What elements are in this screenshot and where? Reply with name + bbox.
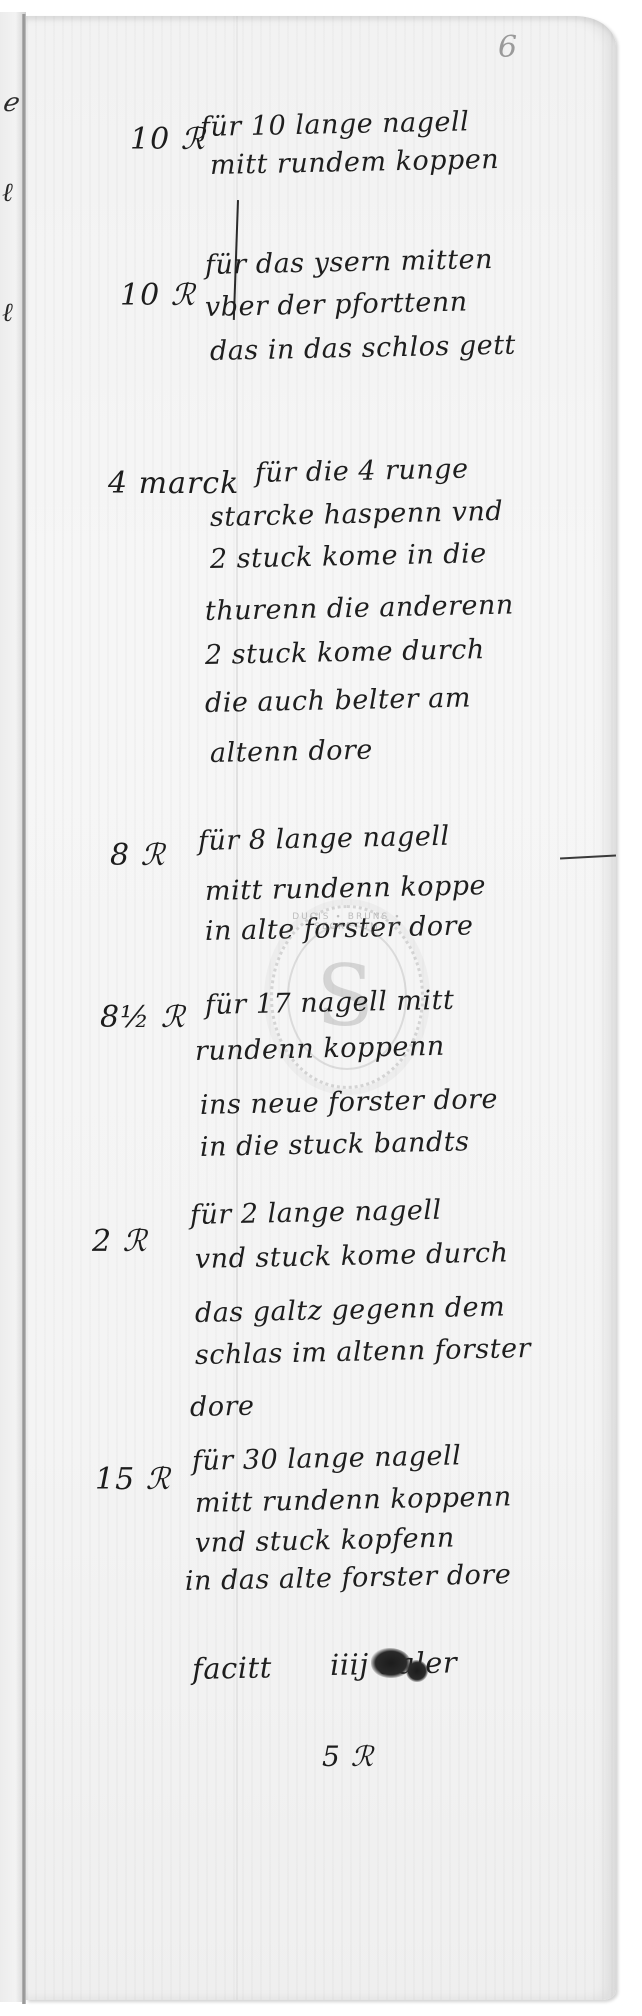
entry-line: für 2 lange nagell: [190, 1195, 442, 1231]
entry-line: mitt rundenn koppenn: [195, 1481, 512, 1519]
margin-fragment: ℯ: [2, 88, 17, 118]
entry-line: für 17 nagell mitt: [205, 985, 455, 1021]
margin-fragment: ℓ: [2, 298, 13, 328]
entry-line: 2 stuck kome durch: [205, 634, 485, 671]
page-number: 6: [498, 30, 517, 65]
seal-inscription: DUCIS ∙ BRUNS ∙ SECRETUM: [273, 912, 421, 932]
ink-blot: [406, 1660, 428, 1682]
entry-amount: 8 ℛ: [110, 838, 166, 873]
entry-line: dore: [190, 1391, 255, 1423]
entry-line: für die 4 runge: [255, 454, 469, 489]
entry-amount: 10 ℛ: [120, 278, 196, 313]
entry-line: mitt rundem koppen: [210, 144, 500, 181]
entry-amount: 8½ ℛ: [100, 1000, 186, 1035]
entry-line: starcke haspenn vnd: [210, 496, 504, 533]
entry-line: mitt rundenn koppe: [205, 870, 487, 907]
entry-amount: 2 ℛ: [92, 1224, 148, 1259]
entry-amount: 10 ℛ: [130, 122, 206, 157]
entry-line: für 8 lange nagell: [198, 821, 450, 857]
entry-line: das galtz gegenn dem: [195, 1292, 506, 1329]
margin-fragment: ℓ: [2, 178, 13, 208]
ink-blot: [371, 1648, 411, 1678]
entry-line: ins neue forster dore: [200, 1084, 499, 1121]
entry-line: vber der pforttenn: [205, 287, 468, 323]
entry-line: rundenn koppenn: [195, 1031, 445, 1067]
total-label: facitt: [192, 1650, 273, 1686]
entry-amount: 4 marck: [108, 466, 239, 501]
entry-line: 2 stuck kome in die: [210, 538, 487, 575]
entry-amount: 15 ℛ: [95, 1462, 171, 1497]
entry-line: für das ysern mitten: [205, 244, 494, 281]
entry-line: für 10 lange nagell: [200, 106, 470, 143]
entry-line: vnd stuck kome durch: [195, 1237, 509, 1275]
total-sub-amount: 5 ℛ: [322, 1740, 374, 1773]
entry-line: thurenn die anderenn: [205, 590, 514, 627]
entry-line: das in das schlos gett: [210, 330, 516, 367]
entry-line: die auch belter am: [205, 682, 472, 719]
entry-line: altenn dore: [210, 735, 373, 769]
entry-line: für 30 lange nagell: [192, 1440, 462, 1477]
entry-line: vnd stuck kopfenn: [195, 1523, 455, 1559]
entry-line: in die stuck bandts: [200, 1126, 470, 1163]
